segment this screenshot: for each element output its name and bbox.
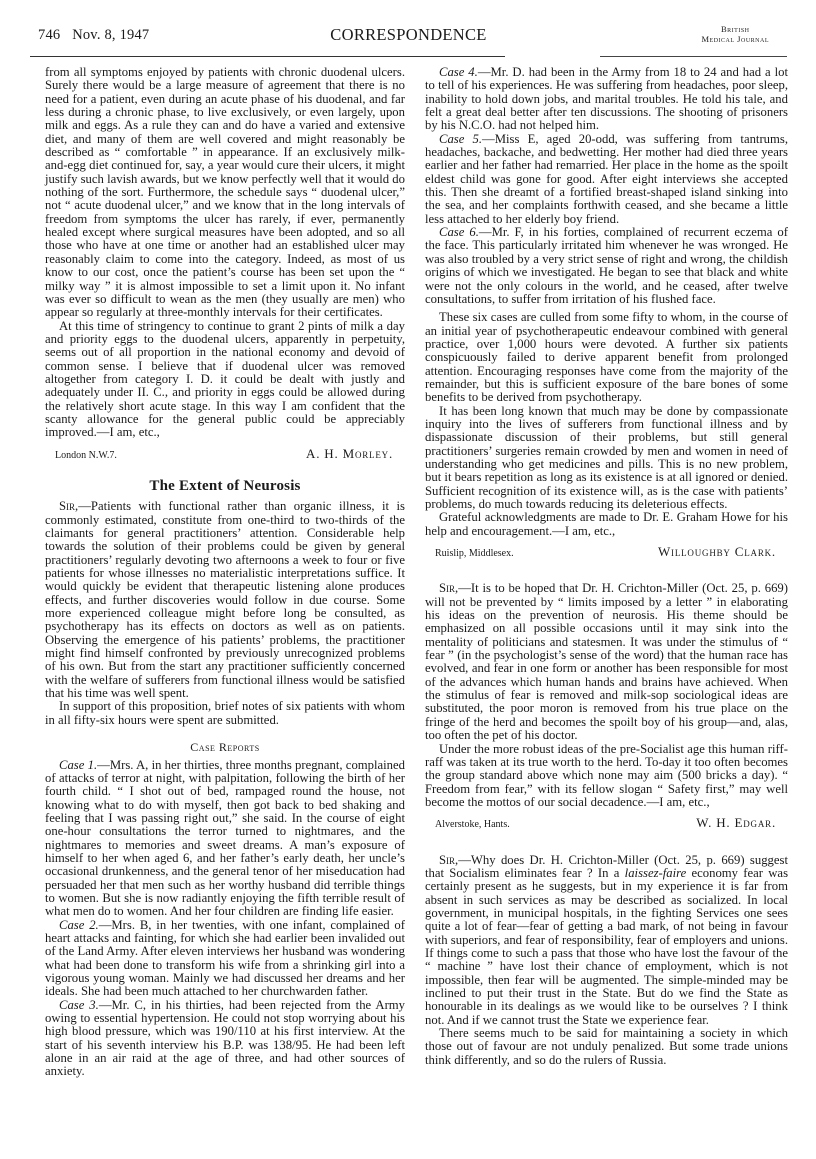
paragraph: Sir,—It is to be hoped that Dr. H. Crich… — [425, 582, 788, 742]
author-location: London N.W.7. — [45, 449, 117, 462]
salutation: Sir, — [59, 499, 78, 513]
journal-name: British Medical Journal — [702, 24, 770, 44]
left-column: from all symptoms enjoyed by patients wi… — [45, 66, 405, 1079]
paragraph: At this time of stringency to continue t… — [45, 320, 405, 440]
author-name: W. H. Edgar. — [696, 816, 788, 829]
journal-name-line2: Medical Journal — [702, 34, 770, 44]
paragraph: These six cases are culled from some fif… — [425, 311, 788, 404]
author-name: A. H. Morley. — [306, 447, 405, 460]
case-label: Case 4. — [439, 65, 478, 79]
signature-block: Ruislip, Middlesex. Willoughby Clark. — [425, 545, 788, 560]
paragraph: Sir,—Patients with functional rather tha… — [45, 500, 405, 700]
salutation: Sir, — [439, 581, 458, 595]
paragraph: It has been long known that much may be … — [425, 405, 788, 512]
case-report: Case 5.—Miss E, aged 20-odd, was sufferi… — [425, 133, 788, 226]
spacer — [425, 560, 788, 582]
case-report: Case 6.—Mr. F, in his forties, complaine… — [425, 226, 788, 306]
case-report: Case 2.—Mrs. B, in her twenties, with on… — [45, 919, 405, 999]
author-location: Alverstoke, Hants. — [425, 818, 510, 831]
case-label: Case 6. — [439, 225, 479, 239]
italic-term: laissez-faire — [625, 866, 687, 880]
paragraph: In support of this proposition, brief no… — [45, 700, 405, 727]
case-label: Case 5. — [439, 132, 482, 146]
journal-name-line1: British — [702, 24, 770, 34]
header-rule-right — [600, 56, 787, 57]
case-label: Case 3. — [59, 998, 99, 1012]
paragraph: from all symptoms enjoyed by patients wi… — [45, 66, 405, 320]
signature-block: Alverstoke, Hants. W. H. Edgar. — [425, 816, 788, 831]
header-rule — [30, 56, 505, 57]
case-label: Case 2. — [59, 918, 99, 932]
author-location: Ruislip, Middlesex. — [425, 547, 514, 560]
right-column: Case 4.—Mr. D. had been in the Army from… — [425, 66, 788, 1067]
section-subheading: Case Reports — [45, 741, 405, 754]
article-title: The Extent of Neurosis — [45, 480, 405, 493]
case-report: Case 4.—Mr. D. had been in the Army from… — [425, 66, 788, 133]
paragraph: There seems much to be said for maintain… — [425, 1027, 788, 1067]
author-name: Willoughby Clark. — [658, 545, 788, 558]
paragraph: Grateful acknowledgments are made to Dr.… — [425, 511, 788, 538]
section-title: CORRESPONDENCE — [30, 25, 787, 45]
signature-block: London N.W.7. A. H. Morley. — [45, 447, 405, 462]
salutation: Sir, — [439, 853, 458, 867]
paragraph: Under the more robust ideas of the pre-S… — [425, 743, 788, 810]
spacer — [425, 832, 788, 854]
case-label: Case 1. — [59, 758, 97, 772]
page-header: 746 Nov. 8, 1947 CORRESPONDENCE British … — [30, 20, 787, 50]
paragraph: Sir,—Why does Dr. H. Crichton-Miller (Oc… — [425, 854, 788, 1027]
case-report: Case 3.—Mr. C, in his thirties, had been… — [45, 999, 405, 1079]
case-report: Case 1.—Mrs. A, in her thirties, three m… — [45, 759, 405, 919]
